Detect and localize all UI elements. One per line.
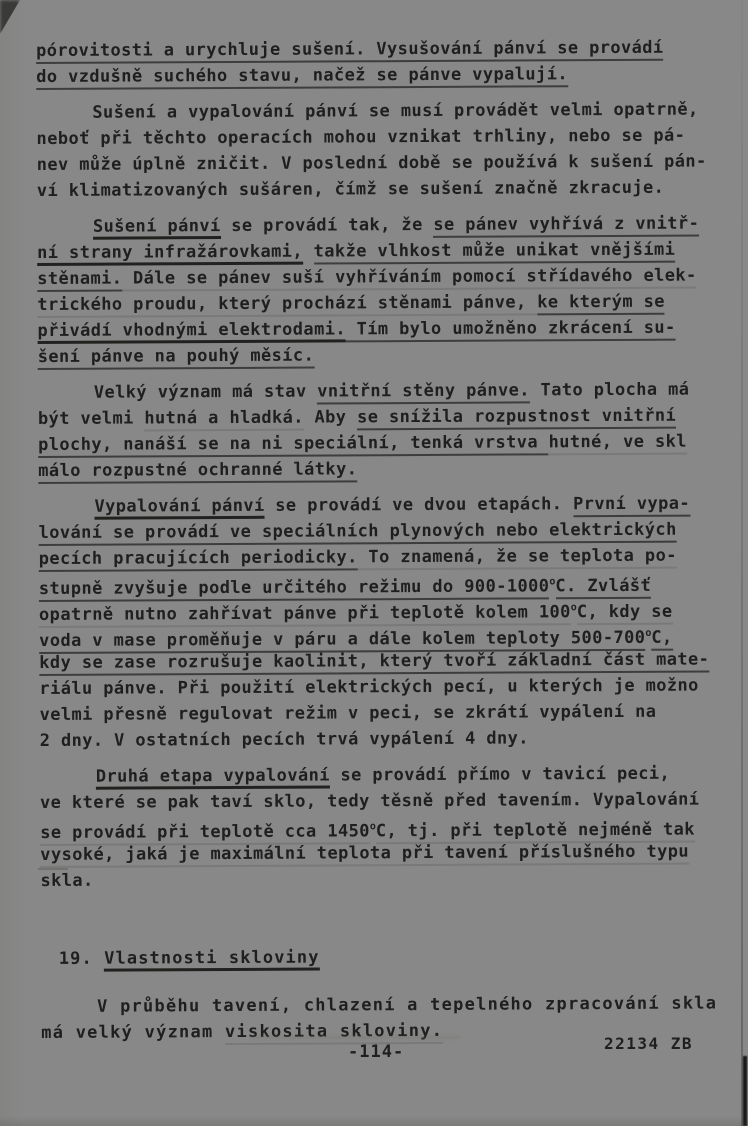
text-line: V průběhu tavení, chlazení a tepelného z… — [41, 990, 731, 1020]
underlined-text: vysoké, jaká je maximální teplota při ta… — [40, 842, 689, 868]
underlined-text: takže vlhkost může unikat vnějšími — [314, 240, 676, 265]
scan-left-shadow — [0, 0, 26, 1126]
text-line: riálu pánve. Při použití elektrických pe… — [39, 672, 729, 702]
text-segment: riálu pánve. Při použití elektrických pe… — [39, 676, 698, 699]
text-line: být velmi hutná a hladká. Aby se snížila… — [38, 402, 728, 432]
text-column: pórovitosti a urychluje sušení. Vysušová… — [36, 34, 731, 1046]
pen-dash-mark — [38, 868, 68, 870]
text-segment: Sušení a vypalování pánví se musí provád… — [92, 100, 698, 123]
text-line: Sušení a vypalování pánví se musí provád… — [36, 96, 726, 126]
text-segment: Tato plocha má — [530, 380, 690, 401]
underlined-text: pórovitosti a urychluje sušení. — [36, 39, 366, 64]
underlined-text: šení pánve na pouhý měsíc. — [38, 346, 315, 370]
text-line: kdy se zase rozrušuje kaolinit, který tv… — [39, 646, 729, 676]
text-line: pecích pracujících periodicky. To znamen… — [39, 542, 729, 572]
text-segment: 19. — [59, 949, 104, 969]
text-line: velmi přesně regulovat režim v peci, se … — [39, 698, 729, 728]
underlined-text: přivádí vhodnými elektrodami. — [37, 319, 346, 344]
text-segment: o — [571, 602, 577, 613]
text-line: šení pánve na pouhý měsíc. — [38, 340, 728, 370]
text-line: trického proudu, který prochází stěnami … — [37, 288, 727, 318]
underlined-text: trického proudu, který prochází stěnami … — [37, 292, 537, 318]
underlined-text: kdy se zase rozrušuje kaolinit, — [39, 651, 379, 676]
text-line: voda v mase proměňuje v páru a dále kole… — [39, 620, 729, 650]
text-line: přivádí vhodnými elektrodami. Tím bylo u… — [37, 314, 727, 344]
underlined-text: Druhá etapa vypalování — [96, 765, 330, 789]
underlined-text: plochy, nanáší se na ni speciální, tenká… — [38, 432, 549, 458]
text-segment: neboť při těchto operacích mohou vznikat… — [36, 126, 685, 149]
underlined-text: viskosita skloviny. — [225, 1021, 443, 1045]
underlined-text: který tvoří základní část mate- — [380, 649, 710, 674]
text-line: pórovitosti a urychluje sušení. Vysušová… — [36, 34, 726, 64]
text-segment: 2 dny. V ostatních pecích trvá vypálení … — [40, 728, 529, 751]
text-segment: ve které se pak taví sklo, tedy těsně př… — [40, 790, 699, 813]
underlined-text: To znamená, že se teplota po- — [358, 546, 677, 571]
para-second-firing: Druhá etapa vypalování se provádí přímo … — [40, 760, 731, 894]
stamp-number: 22134 ZB — [604, 1034, 693, 1053]
text-line: opatrně nutno zahřívat pánve při teplotě… — [39, 594, 729, 624]
text-segment: V průběhu tavení, chlazení a tepelného z… — [97, 993, 717, 1016]
underlined-text: hutná a hladká. — [144, 408, 304, 432]
text-line: ve které se pak taví sklo, tedy těsně př… — [40, 786, 730, 816]
underlined-text: ní strany infražárovkami, — [37, 242, 303, 266]
underlined-text: První vypa- — [573, 494, 690, 518]
text-line: skla. — [40, 864, 730, 894]
text-line: 19. Vlastnosti skloviny — [41, 942, 731, 972]
text-segment: se provádí přímo v tavicí peci, — [330, 764, 670, 786]
underlined-text: lování se provádí ve speciálních plynový… — [39, 520, 677, 546]
text-line: stupně zvyšuje podle určitého režimu do … — [39, 568, 729, 598]
text-segment: Velký význam má stav — [94, 382, 317, 403]
text-line: Sušení pánví se provádí tak, že se pánev… — [37, 210, 727, 240]
underlined-text: málo rozpustné ochranné látky. — [38, 459, 357, 484]
text-segment: o — [370, 821, 376, 832]
para-careful-drying: Sušení a vypalování pánví se musí provád… — [36, 96, 727, 204]
para-inner-wall: Velký význam má stav vnitřní stěny pánve… — [38, 376, 729, 484]
underlined-text: ke kterým se — [537, 292, 665, 316]
underlined-text: pecích pracujících periodicky. — [39, 547, 358, 572]
para-drying-method: Sušení pánví se provádí tak, že se pánev… — [37, 210, 728, 370]
text-segment: být velmi — [38, 408, 144, 429]
text-line: ní strany infražárovkami, takže vlhkost … — [37, 236, 727, 266]
para-continued: pórovitosti a urychluje sušení. Vysušová… — [36, 34, 726, 90]
text-segment: nev může úplně zničit. V poslední době s… — [37, 151, 707, 175]
underlined-text: se pánev vyhřívá z vnitř- — [433, 214, 699, 238]
text-line: vysoké, jaká je maximální teplota při ta… — [40, 838, 730, 868]
text-segment: má velký význam — [41, 1022, 225, 1043]
text-line: se provádí při teplotě cca 1450oC, tj. p… — [40, 812, 730, 842]
underlined-text: do vzdušně suchého stavu, načež se pánve… — [36, 64, 568, 90]
text-segment: skla. — [40, 871, 93, 891]
underlined-text: Tím bylo umožněno zkrácení su- — [346, 318, 676, 343]
text-line: Vypalování pánví se provádí ve dvou etap… — [38, 490, 728, 520]
underlined-text: Vypalování pánví — [94, 496, 264, 520]
underlined-text: se snížila rozpustnost vnitřní — [357, 406, 676, 431]
text-line: Velký význam má stav vnitřní stěny pánve… — [38, 376, 728, 406]
text-line: ví klimatizovaných sušáren, čímž se suše… — [37, 174, 727, 204]
text-line: stěnami. Dále se pánev suší vyhříváním p… — [37, 262, 727, 292]
text-segment: velmi přesně regulovat režim v peci, se … — [39, 702, 656, 725]
text-line: lování se provádí ve speciálních plynový… — [39, 516, 729, 546]
text-segment: se provádí ve dvou etapách. — [265, 494, 574, 516]
heading-section-19: 19. Vlastnosti skloviny — [41, 942, 731, 972]
underlined-text: Dále se pánev suší vyhříváním pomocí stř… — [122, 266, 696, 292]
underlined-text: Sušení pánví — [93, 216, 221, 240]
underlined-text: stěnami. — [37, 269, 122, 292]
text-segment — [303, 242, 314, 262]
underlined-text: hutné, ve skl — [549, 432, 687, 456]
text-segment: o — [549, 576, 555, 587]
para-first-firing: Vypalování pánví se provádí ve dvou etap… — [38, 490, 729, 754]
text-line: Druhá etapa vypalování se provádí přímo … — [40, 760, 730, 790]
text-segment: Aby — [304, 407, 357, 427]
text-segment: se provádí tak, že — [221, 215, 434, 236]
paper-edge-line — [741, 0, 743, 1126]
underlined-text: Vysušování pánví se provádí — [376, 38, 663, 63]
text-line: 2 dny. V ostatních pecích trvá vypálení … — [40, 724, 730, 754]
underlined-text — [366, 39, 377, 62]
text-segment: ví klimatizovaných sušáren, čímž se suše… — [37, 178, 665, 201]
pen-tick-mark: ' — [354, 1029, 364, 1047]
text-line: do vzdušně suchého stavu, načež se pánve… — [36, 60, 726, 90]
page-number: ' -114- — [348, 1042, 404, 1062]
underlined-text: vnitřní stěny pánve. — [317, 380, 530, 404]
underlined-text: Vlastnosti skloviny — [104, 948, 319, 972]
scanned-page: pórovitosti a urychluje sušení. Vysušová… — [0, 0, 748, 1126]
text-line: málo rozpustné ochranné látky. — [38, 454, 728, 484]
text-line: neboť při těchto operacích mohou vznikat… — [36, 122, 726, 152]
text-line: nev může úplně zničit. V poslední době s… — [37, 148, 727, 178]
scan-bottom-shadow — [0, 1116, 748, 1126]
text-line: plochy, nanáší se na ni speciální, tenká… — [38, 428, 728, 458]
